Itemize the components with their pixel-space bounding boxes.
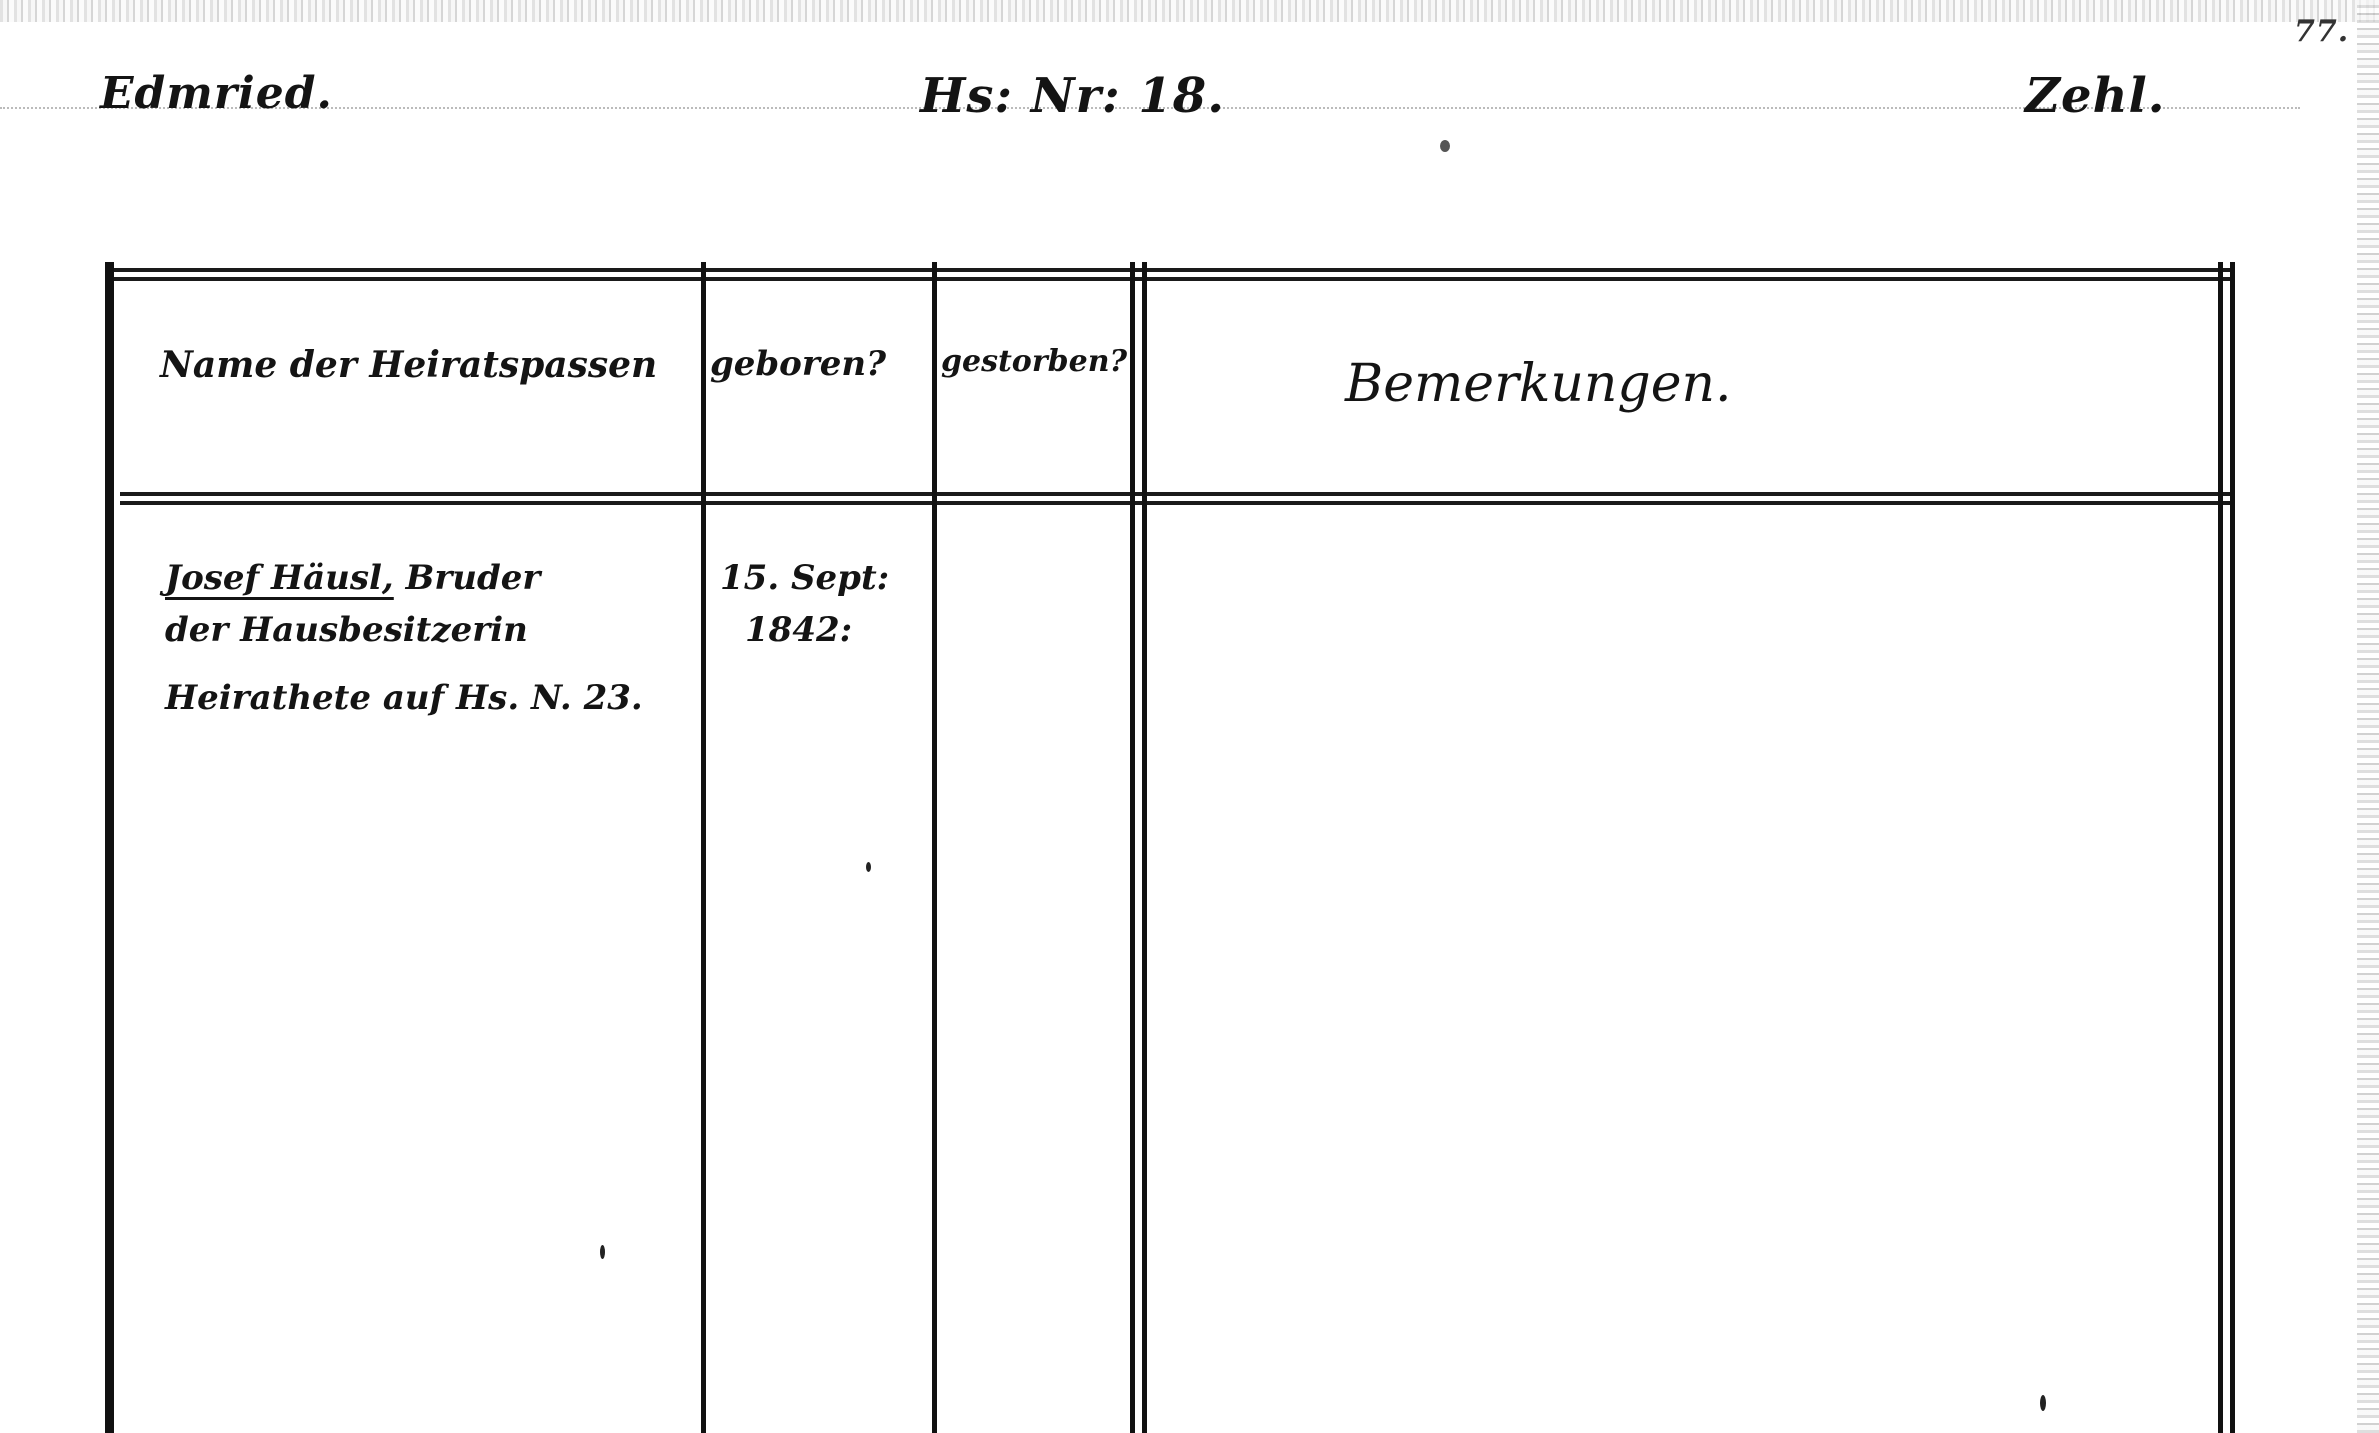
entry-marriage-note: Heirathete auf Hs. N. 23.	[165, 672, 643, 724]
column-divider	[701, 262, 706, 1433]
entry-name-line2: der Hausbesitzerin	[165, 604, 528, 656]
place-name: Edmried.	[100, 68, 333, 119]
table-left-border	[105, 262, 114, 1433]
ink-speck	[2040, 1395, 2046, 1411]
person-name: Josef Häusl,	[165, 558, 394, 598]
house-number: Hs: Nr: 18.	[920, 68, 1225, 124]
scan-edge-noise	[0, 0, 2379, 22]
ink-speck	[866, 862, 871, 872]
column-header-died: gestorben?	[941, 344, 1127, 379]
column-header-name: Name der Heiratspassen	[160, 344, 657, 386]
page-number: 77.	[2294, 14, 2349, 49]
column-header-born: geboren?	[710, 344, 886, 384]
house-name: Zehl.	[2025, 68, 2165, 124]
birth-date-day-month: 15. Sept:	[720, 552, 889, 604]
entry-name-line1: Josef Häusl, Bruder	[165, 552, 540, 604]
birth-date-year: 1842:	[745, 604, 852, 656]
table-top-border	[105, 268, 2230, 272]
column-divider-double	[1130, 262, 1135, 1433]
column-header-remarks: Bemerkungen.	[1345, 354, 1732, 414]
ink-speck	[600, 1245, 605, 1259]
document-page: { "page": { "page_number": "77.", "place…	[0, 0, 2379, 1433]
register-table: Name der Heiratspassen geboren? gestorbe…	[105, 262, 2235, 1433]
header-bottom-border	[120, 492, 2232, 496]
scan-edge-noise	[2357, 0, 2379, 1433]
relation: Bruder	[406, 558, 541, 598]
column-divider	[932, 262, 937, 1433]
ink-speck	[1440, 140, 1450, 152]
table-right-border	[2218, 262, 2223, 1433]
